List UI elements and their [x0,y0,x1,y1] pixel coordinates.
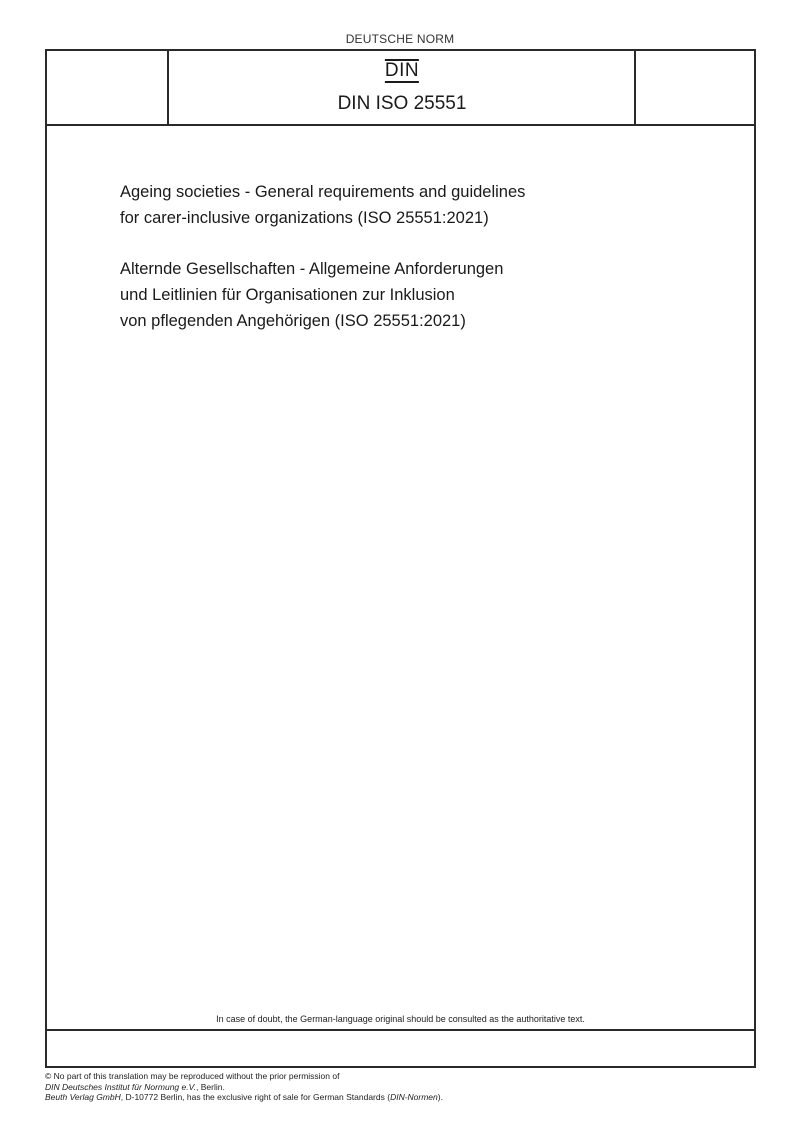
copyright-notice: © No part of this translation may be rep… [45,1071,443,1103]
copyright-line-2-rest: , Berlin. [196,1082,225,1092]
document-frame: DIN DIN ISO 25551 Ageing societies - Gen… [45,49,756,1068]
standard-type-label: DEUTSCHE NORM [0,32,800,46]
title-german-line: und Leitlinien für Organisationen zur In… [120,282,525,308]
footer-divider [47,1029,754,1031]
copyright-line-3-rest: , D-10772 Berlin, has the exclusive righ… [121,1092,390,1102]
header-cell-right [634,51,756,124]
authoritative-text-note: In case of doubt, the German-language or… [47,1014,754,1024]
document-number: DIN ISO 25551 [170,93,634,115]
copyright-line-2: DIN Deutsches Institut für Normung e.V.,… [45,1082,443,1093]
header-row: DIN DIN ISO 25551 [47,51,754,126]
copyright-line-3: Beuth Verlag GmbH, D-10772 Berlin, has t… [45,1092,443,1103]
din-normen-label: DIN-Normen [390,1092,438,1102]
title-english-line: for carer-inclusive organizations (ISO 2… [120,205,525,231]
din-logo-icon: DIN [385,59,419,83]
title-german-line: von pflegenden Angehörigen (ISO 25551:20… [120,308,525,334]
title-german-line: Alternde Gesellschaften - Allgemeine Anf… [120,256,525,282]
header-cell-center: DIN DIN ISO 25551 [170,51,634,124]
document-titles: Ageing societies - General requirements … [120,179,525,334]
publisher-name: Beuth Verlag GmbH [45,1092,121,1102]
din-institute-name: DIN Deutsches Institut für Normung e.V. [45,1082,196,1092]
copyright-line-1: © No part of this translation may be rep… [45,1071,443,1082]
title-english: Ageing societies - General requirements … [120,179,525,231]
copyright-line-3-end: ). [438,1092,443,1102]
header-cell-left [47,51,169,124]
title-english-line: Ageing societies - General requirements … [120,179,525,205]
title-german: Alternde Gesellschaften - Allgemeine Anf… [120,256,525,334]
